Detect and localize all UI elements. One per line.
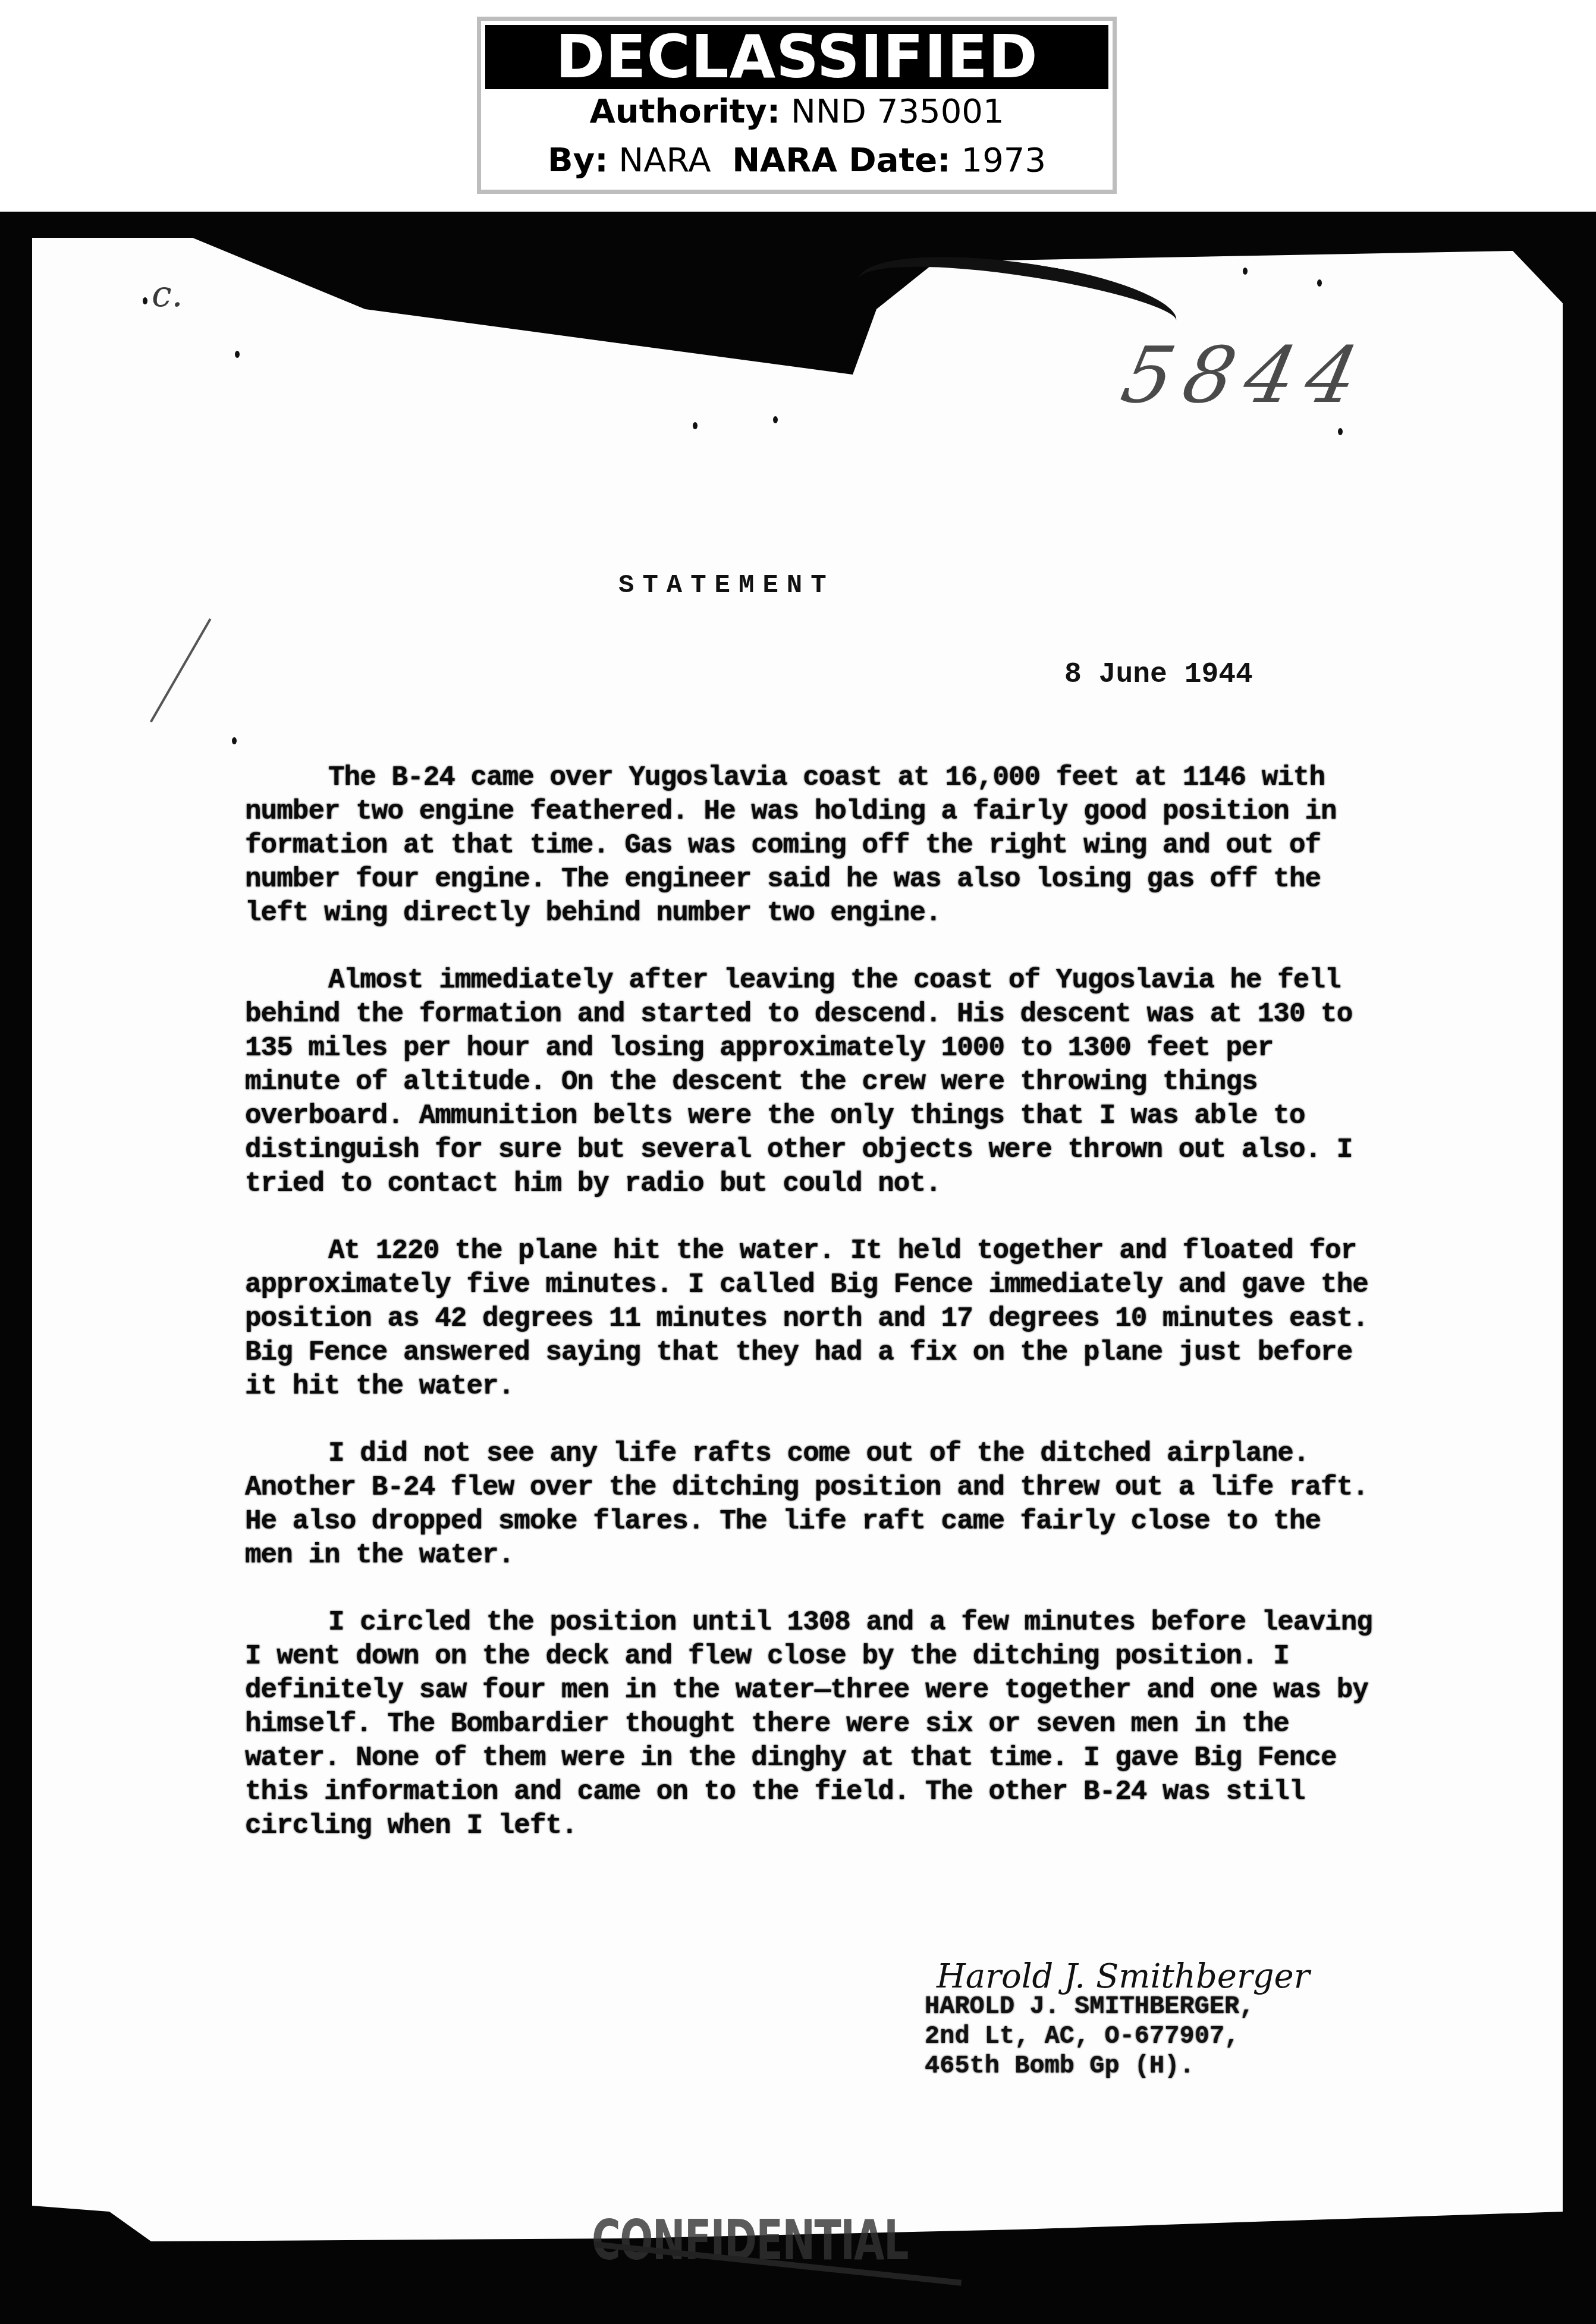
paragraph: The B-24 came over Yugoslavia coast at 1… [245,761,1375,930]
date-label: NARA Date: [732,141,951,180]
document-title: STATEMENT [618,571,835,600]
scan-speck [1243,268,1248,275]
stamp-title: DECLASSIFIED [485,25,1108,89]
date-value: 1973 [962,141,1047,180]
by-label: By: [548,141,608,180]
signer-rank: 2nd Lt, AC, O-677907, [925,2021,1309,2051]
handwritten-signature: Harold J. Smithberger [937,1962,1309,1992]
scan-speck [1317,279,1322,287]
scan-speck [232,737,237,744]
declassified-stamp: DECLASSIFIED Authority: NND 735001 By: N… [477,17,1117,194]
signer-unit: 465th Bomb Gp (H). [925,2051,1309,2081]
scan-speck [235,351,240,358]
paragraph: At 1220 the plane hit the water. It held… [245,1234,1375,1404]
by-value: NARA [618,141,711,180]
scan-speck [1338,428,1343,435]
paragraph: I circled the position until 1308 and a … [245,1606,1375,1843]
statement-body: The B-24 came over Yugoslavia coast at 1… [245,761,1375,1876]
document-date: 8 June 1944 [1064,659,1253,691]
scan-speck [143,297,147,304]
authority-label: Authority: [589,92,780,131]
handwritten-corner-mark: c. [152,273,183,315]
signature-block: Harold J. Smithberger HAROLD J. SMITHBER… [925,1962,1309,2081]
handwritten-file-number: 5844 [1114,330,1378,420]
stamp-authority: Authority: NND 735001 [481,91,1113,133]
paragraph: Almost immediately after leaving the coa… [245,964,1375,1201]
authority-value: NND 735001 [791,92,1004,131]
scan-speck [693,422,698,429]
scan-speck [773,416,778,423]
signer-name: HAROLD J. SMITHBERGER, [925,1992,1309,2021]
stamp-by-date: By: NARA NARA Date: 1973 [481,140,1113,181]
paragraph: I did not see any life rafts come out of… [245,1437,1375,1573]
